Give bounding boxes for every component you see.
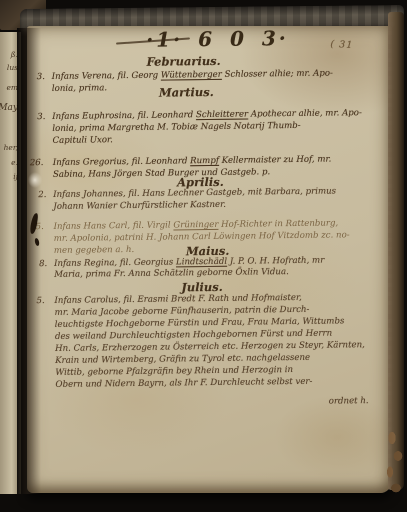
folio-page-number: ( 31: [330, 40, 353, 51]
entry-day-number: 5.: [36, 296, 44, 306]
entry-mar-3-line-2: lonia, prima Margretha M. Tobiæ Nagels N…: [52, 121, 300, 134]
entry-jul-5-line-8: Obern und Nidern Bayrn, als Ihr F. Durch…: [55, 377, 312, 390]
handwritten-text-layer: ·1· 6 0 3· ( 31 Februarius. 3. Infans Ve…: [24, 24, 395, 495]
entry-day-number: 8.: [39, 259, 47, 269]
entry-day-number: 2.: [38, 190, 46, 200]
entry-jul-5-line-5: Hn. Carls, Erzherzogen zu Österreich etc…: [55, 340, 365, 354]
entry-apr-5-line-3: men gegeben a. h.: [54, 245, 135, 256]
month-header-maius: Maius.: [186, 246, 230, 257]
entry-jul-5-line-9: ordnet h.: [329, 396, 369, 406]
month-header-julius: Julius.: [181, 282, 223, 293]
entry-mar-3-line-3: Capituli Uxor.: [52, 135, 112, 146]
entry-day-number: 26.: [30, 158, 44, 168]
entry-mar-3-line-1: Infans Euphrosina, fil. Leonhard Schleit…: [52, 108, 362, 122]
entry-day-number: 3.: [37, 112, 45, 122]
page-number-flourish: (: [330, 39, 335, 50]
entry-mar-26-line-1: Infans Gregorius, fil. Leonhard Rumpf Ke…: [53, 155, 332, 168]
manuscript-photo: ß. lus em May her, e. ij ·1· 6 0 3· ( 31…: [0, 0, 407, 512]
entry-feb-3-line-2: lonia, prima.: [52, 83, 107, 94]
entry-jul-5-line-1: Infans Carolus, fil. Erasmi Bredt F. Rat…: [54, 293, 301, 306]
entry-feb-3-line-1: Infans Verena, fil. Georg Wüttenberger S…: [52, 68, 333, 81]
year-heading-1603: ·1· 6 0 3·: [146, 33, 289, 45]
entry-jul-5-line-2: mr. Maria Jacobe geborne Fünfhauserin, p…: [55, 305, 310, 318]
entry-apr-2-line-1: Infans Johannes, fil. Hans Lechner Gastg…: [53, 186, 336, 199]
facing-page-text-fragment: May: [0, 103, 18, 113]
entry-jul-5-line-3: leuchtigste Hochgeborne Fürstin und Frau…: [55, 316, 345, 330]
entry-apr-2-line-2: Johann Wanier Churfürstlicher Kastner.: [53, 200, 226, 212]
entry-apr-5-line-1: Infans Hans Carl, fil. Virgil Grüninger …: [54, 218, 339, 231]
entry-jul-5-line-4: des weiland Durchleuchtigsten Hochgeborn…: [55, 329, 332, 342]
facing-page-text-fragment: her,: [4, 143, 18, 152]
entry-apr-5-line-2: mr. Apolonia, patrini H. Johann Carl Löw…: [54, 230, 350, 244]
month-header-aprilis: Aprilis.: [177, 177, 224, 188]
entry-day-number: 3.: [37, 72, 45, 82]
month-header-martius: Martius.: [159, 87, 214, 98]
entry-mar-26-line-2: Sabina, Hans Jörgen Stad Burger und Gast…: [53, 167, 270, 180]
entry-mai-8-line-2: Maria, prima Fr. Anna Schätzlin geborne …: [54, 267, 289, 280]
page-number-value: 31: [339, 39, 354, 51]
month-header-februarius: Februarius.: [147, 56, 221, 67]
entry-jul-5-line-6: Krain und Wirtemberg, Gräfin zu Tyrol et…: [55, 353, 310, 366]
entry-jul-5-line-7: Wittib, geborne Pfalzgräfin bey Rhein un…: [55, 365, 293, 378]
